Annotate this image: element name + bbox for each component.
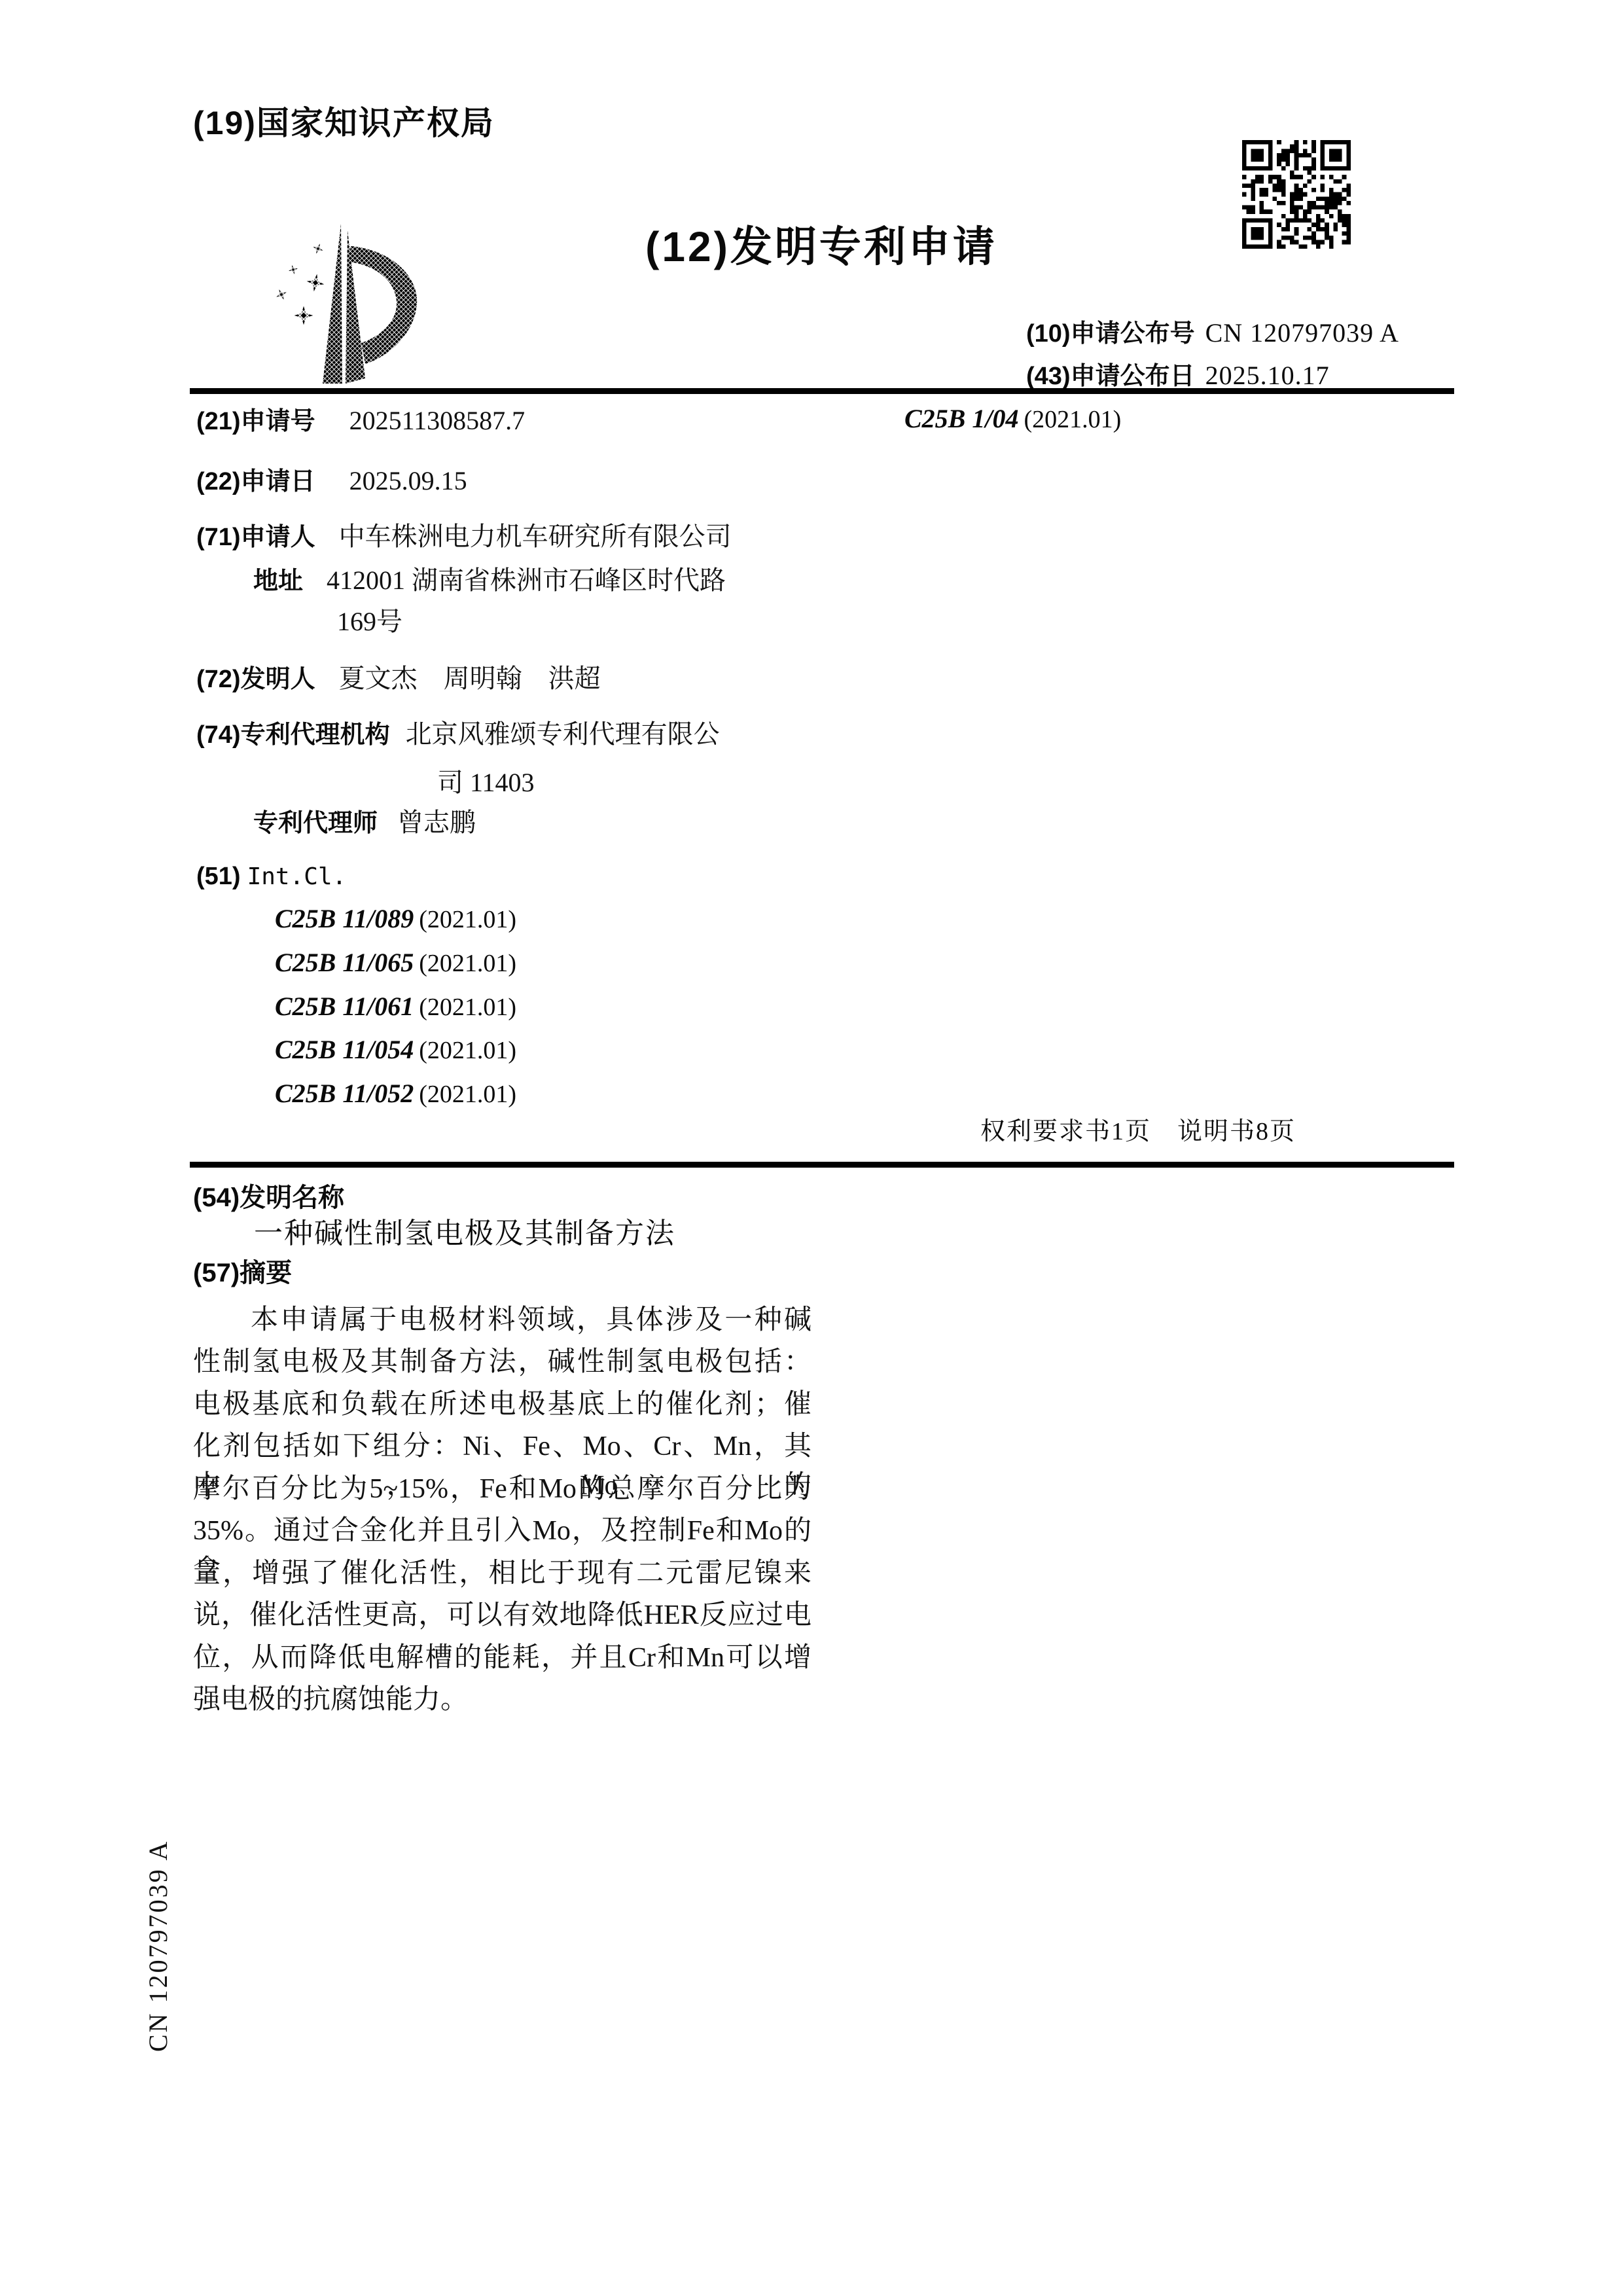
ipc-entry: C25B 11/054(2021.01) xyxy=(275,1034,516,1065)
agency-label: (74)专利代理机构 xyxy=(196,721,390,749)
abstract-line: 摩尔百分比为5~15%，Fe和Mo的总摩尔百分比为 xyxy=(193,1467,811,1506)
invention-title: 一种碱性制氢电极及其制备方法 xyxy=(254,1210,675,1251)
ipc-entry-version: (2021.01) xyxy=(419,994,516,1021)
issuing-office: (19)国家知识产权局 xyxy=(193,97,495,144)
applicant-label: (71)申请人 xyxy=(196,524,315,551)
address-label: 地址 xyxy=(253,567,303,595)
agent-value: 曾志鹏 xyxy=(397,808,476,837)
abstract-line: 量，增强了催化活性，相比于现有二元雷尼镍来 xyxy=(193,1551,811,1590)
application-number-line: (21)申请号202511308587.7 xyxy=(196,401,525,437)
invention-title-section-label: (54)发明名称 xyxy=(193,1177,344,1214)
application-number-label: (21)申请号 xyxy=(196,408,315,435)
ipc-entry-code: C25B 11/061 xyxy=(275,992,414,1021)
abstract-line: 电极基底和负载在所述电极基底上的催化剂；催 xyxy=(193,1382,811,1422)
abstract-line: 强电极的抗腐蚀能力。 xyxy=(193,1677,811,1717)
ipc-entry: C25B 11/089(2021.01) xyxy=(275,903,516,934)
ipc-main-code: C25B 1/04 xyxy=(904,404,1018,433)
ipc-main-line: C25B 1/04(2021.01) xyxy=(904,403,1121,434)
address-line: 地址412001 湖南省株洲市石峰区时代路 xyxy=(253,560,726,597)
application-number-value: 202511308587.7 xyxy=(349,406,526,435)
ipc-entry-version: (2021.01) xyxy=(419,950,516,977)
applicant-value: 中车株洲电力机车研究所有限公司 xyxy=(339,522,732,551)
body-divider xyxy=(190,1162,1454,1168)
abstract-line: 说，催化活性更高，可以有效地降低HER反应过电 xyxy=(193,1593,811,1632)
abstract-section-label: (57)摘要 xyxy=(193,1252,292,1289)
ipc-entry: C25B 11/061(2021.01) xyxy=(275,991,516,1022)
int-cl-word: Int.Cl. xyxy=(247,863,347,890)
abstract-line: 本申请属于电极材料领域，具体涉及一种碱 xyxy=(193,1298,811,1337)
publication-date-line: (43)申请公布日2025.10.17 xyxy=(1026,355,1330,391)
int-cl-heading: (51)Int.Cl. xyxy=(196,863,346,891)
ipc-entry-code: C25B 11/054 xyxy=(275,1035,414,1064)
side-publication-number: CN 120797039 A xyxy=(143,1813,173,2052)
ipc-main-version: (2021.01) xyxy=(1024,406,1121,433)
ipc-entry: C25B 11/065(2021.01) xyxy=(275,947,516,978)
agency-overflow: 司 11403 xyxy=(437,762,535,799)
ipc-entry-code: C25B 11/065 xyxy=(275,948,414,977)
int-cl-code: (51) xyxy=(196,863,241,890)
inventors-value: 夏文杰 周明翰 洪超 xyxy=(339,664,601,693)
address-value: 412001 湖南省株洲市石峰区时代路 xyxy=(327,565,726,595)
ipc-entry-version: (2021.01) xyxy=(419,1037,516,1064)
agent-line: 专利代理师曾志鹏 xyxy=(253,802,476,839)
ipc-entry-version: (2021.01) xyxy=(419,1081,516,1108)
publication-date-value: 2025.10.17 xyxy=(1205,361,1330,390)
address-overflow: 169号 xyxy=(337,601,402,638)
application-date-label: (22)申请日 xyxy=(196,468,315,495)
publication-number-value: CN 120797039 A xyxy=(1205,318,1399,348)
ipc-entry: C25B 11/052(2021.01) xyxy=(275,1078,516,1109)
header-divider xyxy=(190,388,1454,394)
ipc-entry-code: C25B 11/089 xyxy=(275,904,414,933)
publication-number-label: (10)申请公布号 xyxy=(1026,320,1195,348)
applicant-line: (71)申请人中车株洲电力机车研究所有限公司 xyxy=(196,516,732,553)
ipc-entry-version: (2021.01) xyxy=(419,906,516,933)
pages-info: 权利要求书1页 说明书8页 xyxy=(980,1111,1296,1147)
abstract-line: 位，从而降低电解槽的能耗，并且Cr和Mn可以增 xyxy=(193,1636,811,1675)
inventors-line: (72)发明人夏文杰 周明翰 洪超 xyxy=(196,658,601,695)
inventors-label: (72)发明人 xyxy=(196,666,315,693)
agent-label: 专利代理师 xyxy=(253,810,378,837)
application-date-line: (22)申请日2025.09.15 xyxy=(196,461,467,497)
document-type-title: (12)发明专利申请 xyxy=(645,213,997,274)
application-date-value: 2025.09.15 xyxy=(349,466,467,495)
agency-value: 北京风雅颂专利代理有限公 xyxy=(406,719,720,749)
ipc-entry-code: C25B 11/052 xyxy=(275,1079,414,1108)
agency-line: (74)专利代理机构北京风雅颂专利代理有限公 xyxy=(196,713,720,751)
cnipa-logo xyxy=(267,221,419,389)
abstract-line: 性制氢电极及其制备方法，碱性制氢电极包括： xyxy=(193,1340,811,1379)
publication-number-line: (10)申请公布号CN 120797039 A xyxy=(1026,313,1399,349)
publication-date-label: (43)申请公布日 xyxy=(1026,363,1195,390)
patent-cover-page: (19)国家知识产权局 (12)发明专利申请 xyxy=(0,0,1623,2296)
qr-code xyxy=(1242,139,1351,253)
